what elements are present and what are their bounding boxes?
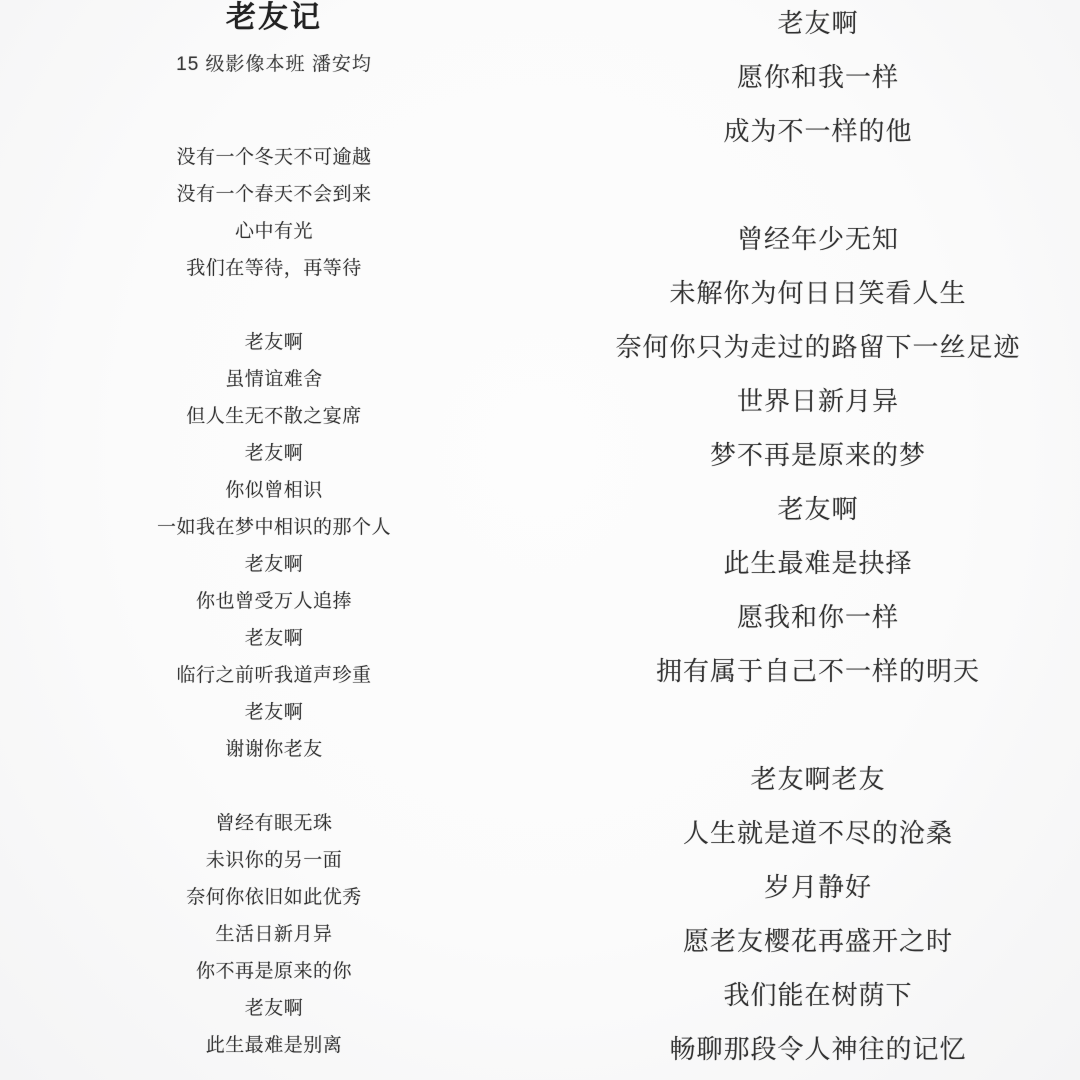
lyric-line: 此生最难是别离 xyxy=(72,1027,476,1064)
lyric-line: 你不再是原来的你 xyxy=(72,953,476,990)
lyric-line: 老友啊 xyxy=(598,482,1038,536)
lyric-line: 拥有属于自己不一样的明天 xyxy=(598,644,1038,698)
lyric-line: 未识你的另一面 xyxy=(72,842,476,879)
lyric-line: 老友啊 xyxy=(72,435,476,472)
stanza: 没有一个冬天不可逾越没有一个春天不会到来心中有光我们在等待，再等待 xyxy=(72,139,476,287)
lyrics-page: 老友记 15 级影像本班 潘安均 没有一个冬天不可逾越没有一个春天不会到来心中有… xyxy=(0,0,1080,1080)
lyric-line: 我们在等待，再等待 xyxy=(72,250,476,287)
lyric-line: 曾经有眼无珠 xyxy=(72,805,476,842)
lyric-line: 此生最难是抉择 xyxy=(598,536,1038,590)
lyric-line: 你似曾相识 xyxy=(72,472,476,509)
stanza: 曾经有眼无珠未识你的另一面奈何你依旧如此优秀生活日新月异你不再是原来的你老友啊此… xyxy=(72,805,476,1064)
lyric-line: 临行之前听我道声珍重 xyxy=(72,657,476,694)
stanza: 老友啊虽情谊难舍但人生无不散之宴席老友啊你似曾相识一如我在梦中相识的那个人老友啊… xyxy=(72,324,476,768)
lyric-line: 老友啊 xyxy=(72,324,476,361)
lyric-line: 老友啊 xyxy=(72,990,476,1027)
lyric-line: 心中有光 xyxy=(72,213,476,250)
lyric-line: 奈何你依旧如此优秀 xyxy=(72,879,476,916)
lyric-line: 梦不再是原来的梦 xyxy=(598,428,1038,482)
lyric-line: 未解你为何日日笑看人生 xyxy=(598,266,1038,320)
lyric-line: 岁月静好 xyxy=(598,860,1038,914)
lyric-line: 我们能在树荫下 xyxy=(598,968,1038,1022)
lyric-line: 没有一个春天不会到来 xyxy=(72,176,476,213)
left-column-header: 老友记 15 级影像本班 潘安均 xyxy=(72,0,476,77)
lyric-line: 畅聊那段令人神往的记忆 xyxy=(598,1022,1038,1076)
right-lyrics-column: 老友啊愿你和我一样成为不一样的他曾经年少无知未解你为何日日笑看人生奈何你只为走过… xyxy=(598,0,1038,1076)
poem-byline: 15 级影像本班 潘安均 xyxy=(72,53,476,77)
lyric-line: 成为不一样的他 xyxy=(598,104,1038,158)
lyric-line: 愿你和我一样 xyxy=(598,50,1038,104)
lyric-line: 但人生无不散之宴席 xyxy=(72,398,476,435)
lyric-line: 没有一个冬天不可逾越 xyxy=(72,139,476,176)
lyric-line: 愿老友樱花再盛开之时 xyxy=(598,914,1038,968)
poem-title: 老友记 xyxy=(72,0,476,36)
lyric-line: 世界日新月异 xyxy=(598,374,1038,428)
lyric-line: 老友啊 xyxy=(72,546,476,583)
lyric-line: 你也曾受万人追捧 xyxy=(72,583,476,620)
lyric-line: 虽情谊难舍 xyxy=(72,361,476,398)
lyric-line: 谢谢你老友 xyxy=(72,731,476,768)
stanza: 老友啊老友人生就是道不尽的沧桑岁月静好愿老友樱花再盛开之时我们能在树荫下畅聊那段… xyxy=(598,752,1038,1076)
lyric-line: 生活日新月异 xyxy=(72,916,476,953)
lyric-line: 人生就是道不尽的沧桑 xyxy=(598,806,1038,860)
stanza: 老友啊愿你和我一样成为不一样的他 xyxy=(598,0,1038,158)
left-lyrics-column: 没有一个冬天不可逾越没有一个春天不会到来心中有光我们在等待，再等待老友啊虽情谊难… xyxy=(72,139,476,1064)
lyric-line: 老友啊 xyxy=(598,0,1038,50)
lyric-line: 曾经年少无知 xyxy=(598,212,1038,266)
lyric-line: 奈何你只为走过的路留下一丝足迹 xyxy=(598,320,1038,374)
lyric-line: 老友啊 xyxy=(72,620,476,657)
lyric-line: 老友啊老友 xyxy=(598,752,1038,806)
lyric-line: 老友啊 xyxy=(72,694,476,731)
stanza: 曾经年少无知未解你为何日日笑看人生奈何你只为走过的路留下一丝足迹世界日新月异梦不… xyxy=(598,212,1038,698)
lyric-line: 一如我在梦中相识的那个人 xyxy=(72,509,476,546)
lyric-line: 愿我和你一样 xyxy=(598,590,1038,644)
